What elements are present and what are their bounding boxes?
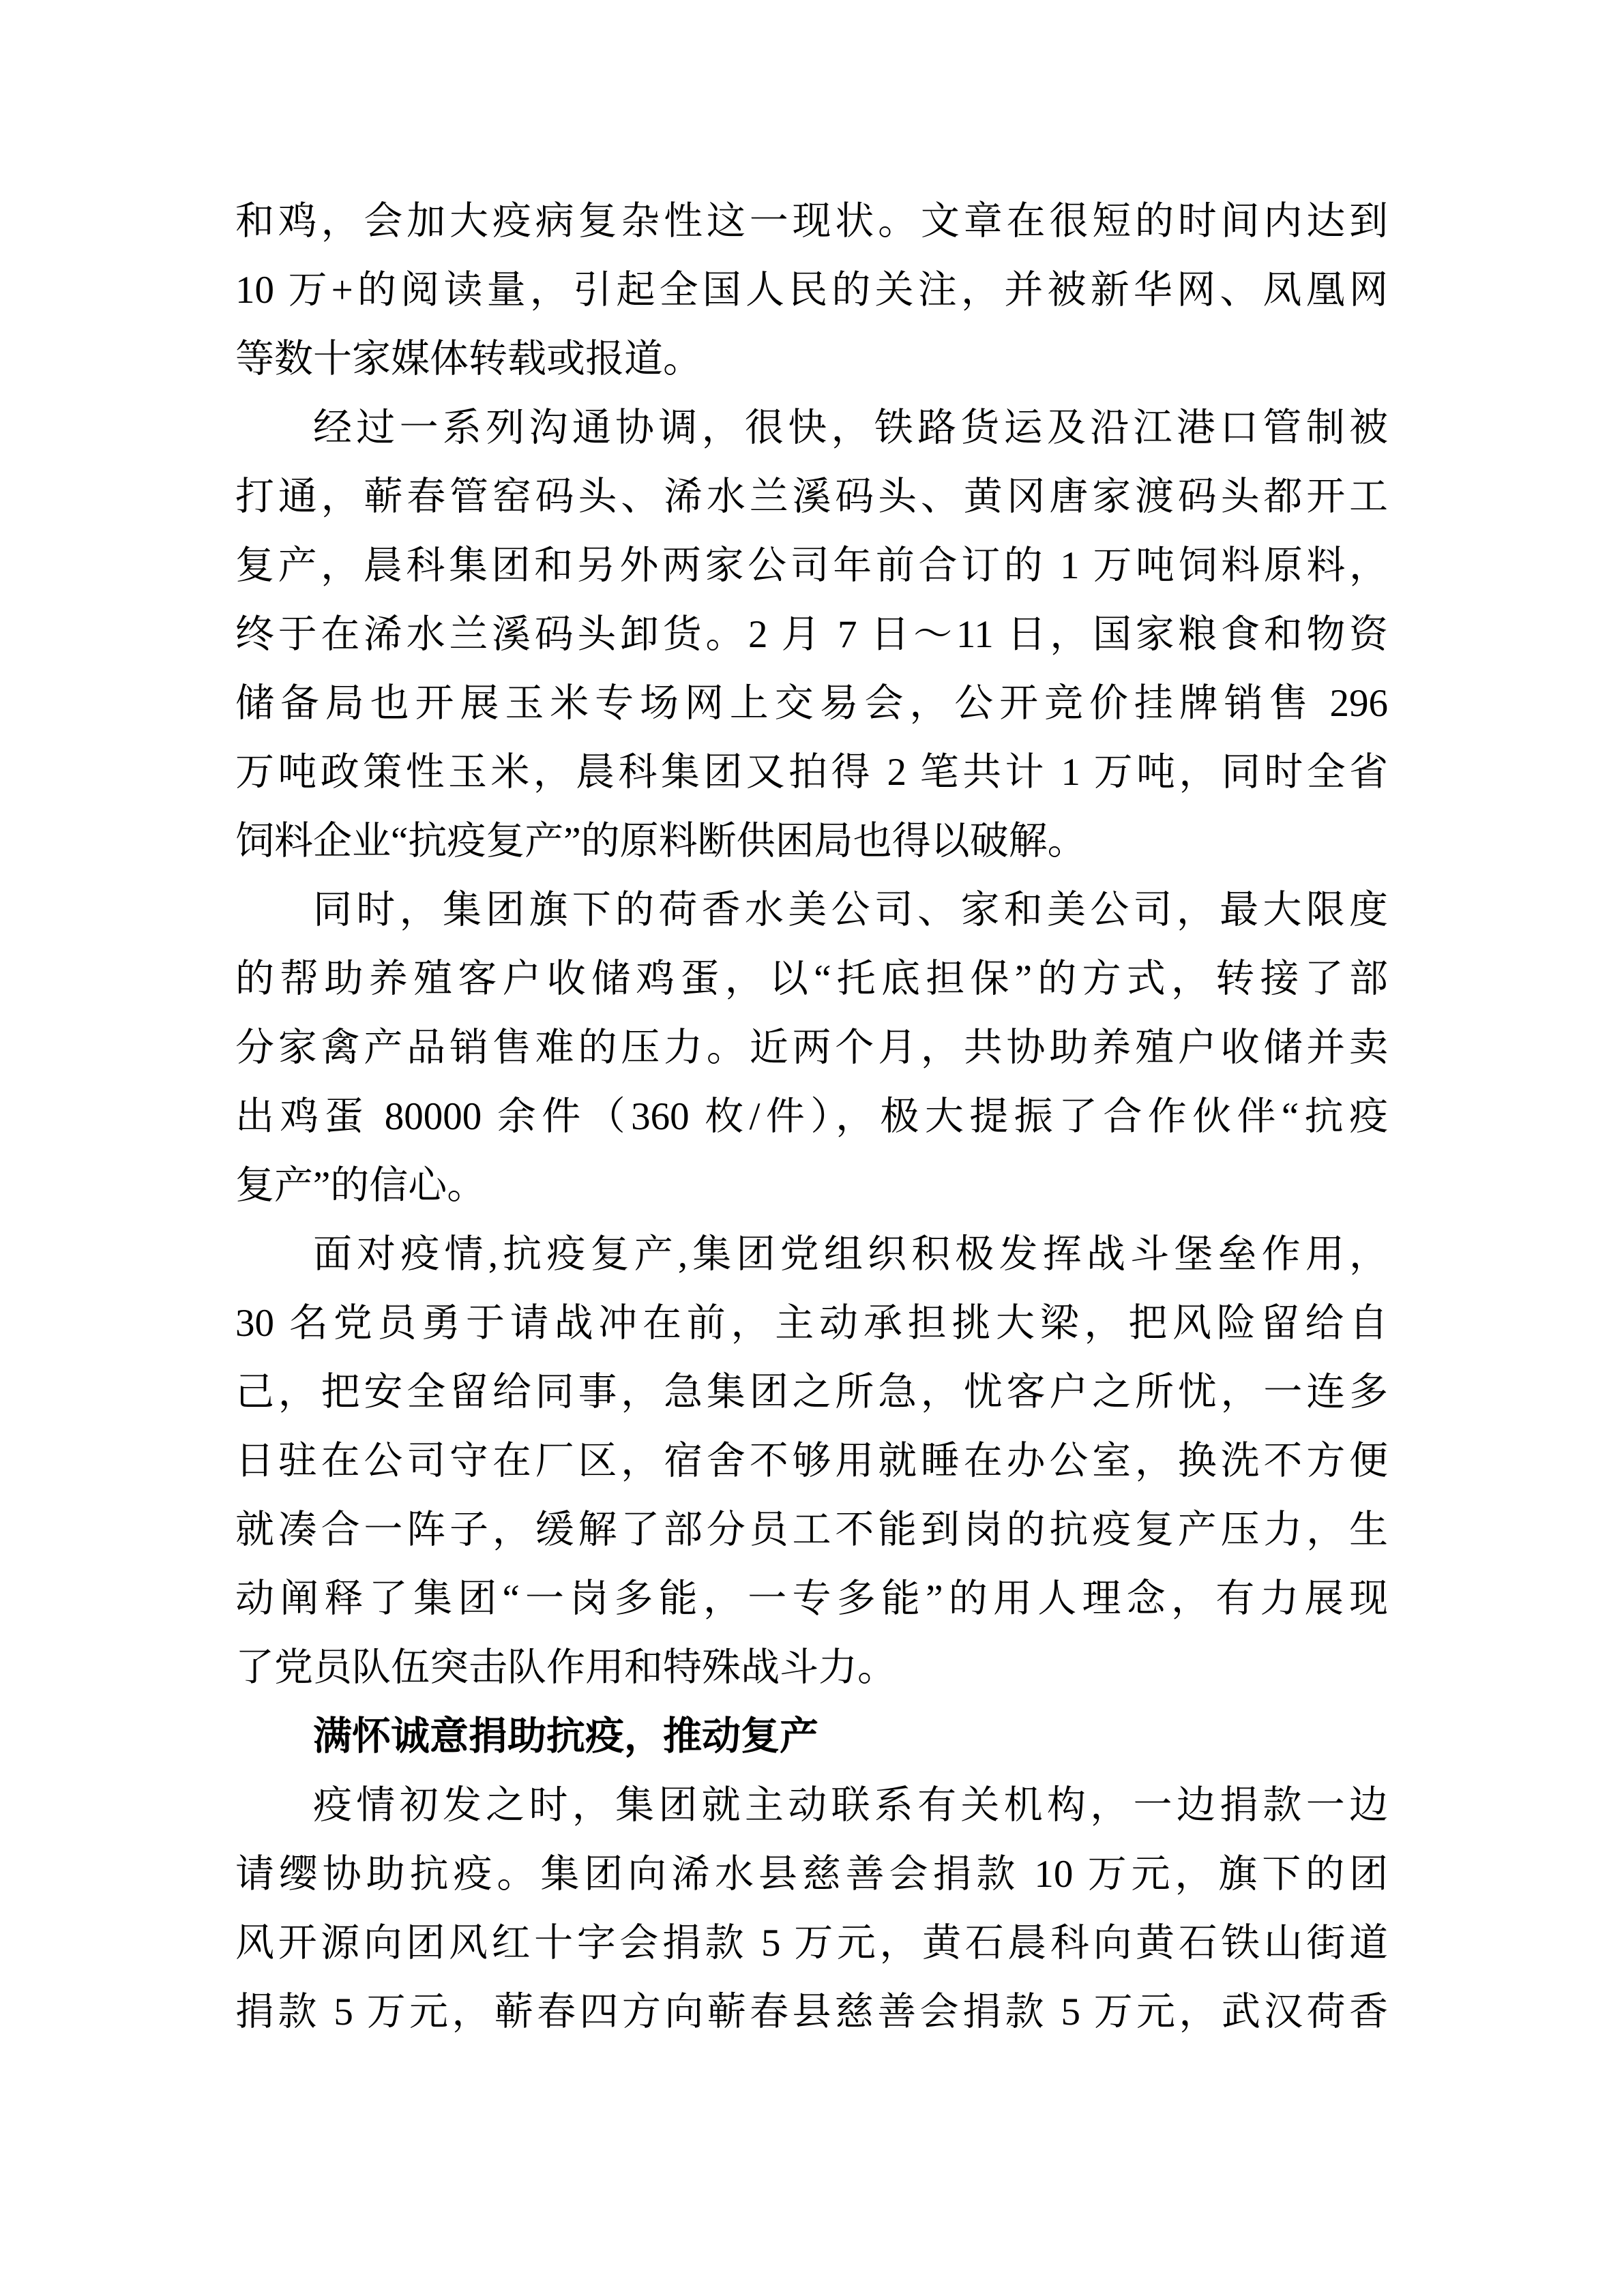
text-line: 经过一系列沟通协调，很快，铁路货运及沿江港口管制被 <box>235 393 1388 462</box>
text-line: 日驻在公司守在厂区，宿舍不够用就睡在办公室，换洗不方便 <box>235 1427 1388 1495</box>
text-line: 万吨政策性玉米，晨科集团又拍得 2 笔共计 1 万吨，同时全省 <box>235 738 1388 807</box>
text-line: 风开源向团风红十字会捐款 5 万元，黄石晨科向黄石铁山街道 <box>235 1909 1388 1978</box>
page-text-content: 和鸡，会加大疫病复杂性这一现状。文章在很短的时间内达到10 万+的阅读量，引起全… <box>235 187 1388 2046</box>
section-heading-line: 满怀诚意捐助抗疫，推动复产 <box>235 1702 1388 1771</box>
text-line: 同时，集团旗下的荷香水美公司、家和美公司，最大限度 <box>235 876 1388 944</box>
text-line: 打通，蕲春管窑码头、浠水兰溪码头、黄冈唐家渡码头都开工 <box>235 462 1388 531</box>
text-line: 复产”的信心。 <box>235 1151 1388 1220</box>
text-line: 出鸡蛋 80000 余件（360 枚/件），极大提振了合作伙伴“抗疫 <box>235 1082 1388 1151</box>
text-line: 和鸡，会加大疫病复杂性这一现状。文章在很短的时间内达到 <box>235 187 1388 256</box>
text-line: 终于在浠水兰溪码头卸货。2 月 7 日～11 日，国家粮食和物资 <box>235 600 1388 669</box>
text-line: 了党员队伍突击队作用和特殊战斗力。 <box>235 1633 1388 1702</box>
text-line: 分家禽产品销售难的压力。近两个月，共协助养殖户收储并卖 <box>235 1013 1388 1082</box>
text-line: 的帮助养殖客户收储鸡蛋，以“托底担保”的方式，转接了部 <box>235 944 1388 1013</box>
text-line: 等数十家媒体转载或报道。 <box>235 325 1388 393</box>
text-line: 30 名党员勇于请战冲在前，主动承担挑大梁，把风险留给自 <box>235 1289 1388 1358</box>
text-line: 动阐释了集团“一岗多能，一专多能”的用人理念，有力展现 <box>235 1564 1388 1633</box>
text-line: 请缨协助抗疫。集团向浠水县慈善会捐款 10 万元，旗下的团 <box>235 1840 1388 1909</box>
text-line: 储备局也开展玉米专场网上交易会，公开竞价挂牌销售 296 <box>235 669 1388 738</box>
text-line: 捐款 5 万元，蕲春四方向蕲春县慈善会捐款 5 万元，武汉荷香 <box>235 1978 1388 2046</box>
text-line: 疫情初发之时，集团就主动联系有关机构，一边捐款一边 <box>235 1771 1388 1840</box>
document-page: 和鸡，会加大疫病复杂性这一现状。文章在很短的时间内达到10 万+的阅读量，引起全… <box>0 0 1624 2296</box>
text-line: 面对疫情,抗疫复产,集团党组织积极发挥战斗堡垒作用， <box>235 1220 1388 1289</box>
text-line: 复产，晨科集团和另外两家公司年前合订的 1 万吨饲料原料， <box>235 531 1388 600</box>
text-line: 就凑合一阵子，缓解了部分员工不能到岗的抗疫复产压力，生 <box>235 1495 1388 1564</box>
text-line: 饲料企业“抗疫复产”的原料断供困局也得以破解。 <box>235 807 1388 876</box>
text-line: 己，把安全留给同事，急集团之所急，忧客户之所忧，一连多 <box>235 1358 1388 1427</box>
text-line: 10 万+的阅读量，引起全国人民的关注，并被新华网、凤凰网 <box>235 256 1388 325</box>
